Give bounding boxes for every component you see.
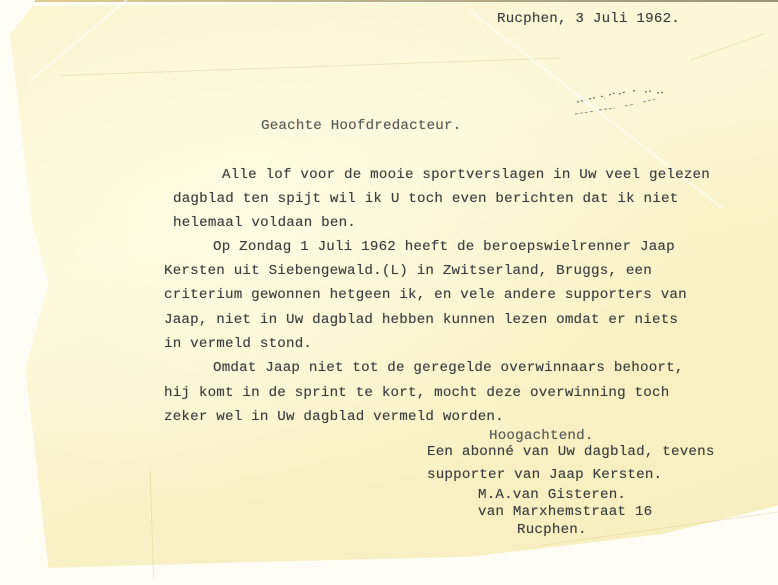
paragraph-line: Jaap, niet in Uw dagblad hebben kunnen l…	[164, 308, 678, 333]
sender-name: M.A.van Gisteren.	[478, 486, 626, 504]
paragraph-line: dagblad ten spijt wil ik U toch even ber…	[173, 187, 678, 212]
paragraph-line: helemaal voldaan ben.	[173, 211, 356, 236]
paragraph-line: in vermeld stond.	[164, 332, 312, 357]
signoff-line: Een abonné van Uw dagblad, tevens	[427, 440, 715, 465]
paragraph-line: Omdat Jaap niet tot de geregelde overwin…	[213, 356, 684, 381]
signoff-line: supporter van Jaap Kersten.	[427, 463, 662, 488]
paragraph-line: Kersten uit Siebengewald.(L) in Zwitserl…	[164, 259, 652, 284]
paragraph-line: criterium gewonnen hetgeen ik, en vele a…	[164, 283, 687, 308]
paragraph-line: Alle lof voor de mooie sportverslagen in…	[222, 163, 710, 188]
paragraph-line: hij komt in de sprint te kort, mocht dez…	[164, 381, 669, 406]
paper-top-edge	[35, 0, 778, 2]
paragraph-line: zeker wel in Uw dagblad vermeld worden.	[164, 405, 504, 430]
sender-town: Rucphen.	[517, 521, 587, 539]
salutation: Geachte Hoofdredacteur.	[261, 114, 461, 139]
place-date: Rucphen, 3 Juli 1962.	[497, 7, 680, 32]
scanned-letter: Rucphen, 3 Juli 1962. Geachte Hoofdredac…	[0, 0, 778, 585]
sender-street: van Marxhemstraat 16	[478, 503, 652, 521]
pencil-scribble	[575, 88, 670, 118]
paragraph-line: Op Zondag 1 Juli 1962 heeft de beroepswi…	[213, 235, 675, 260]
